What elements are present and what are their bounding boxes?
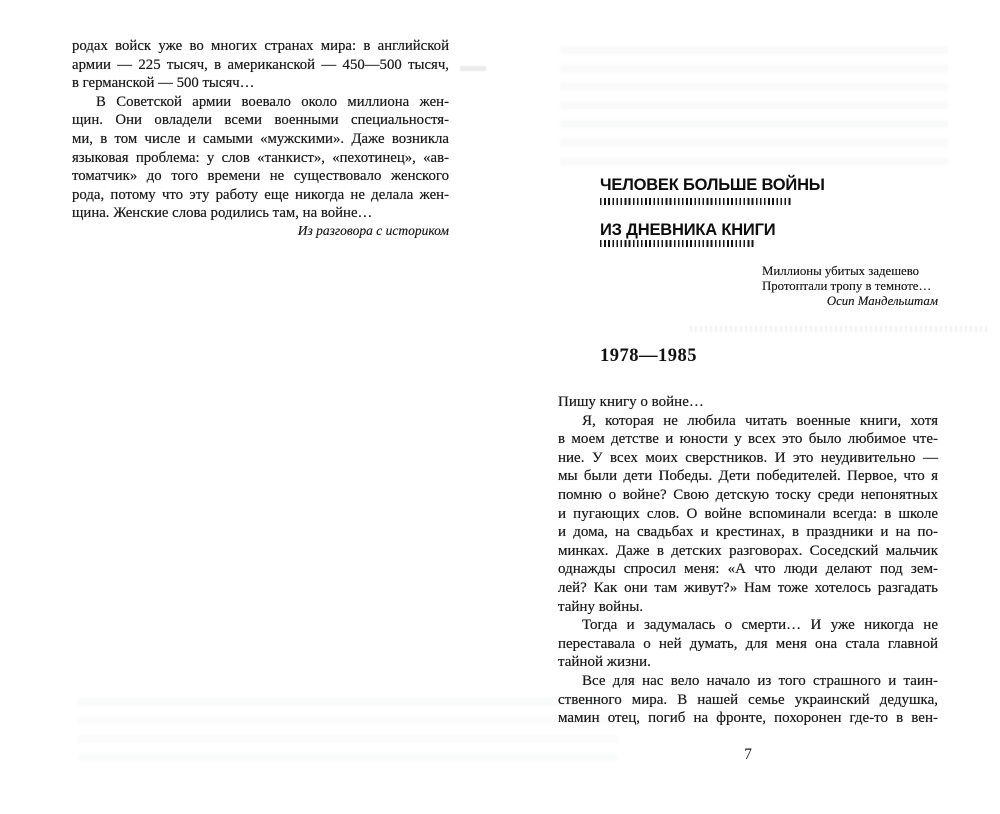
text-line: армии — 225 тысяч, в американской — 450—…: [72, 56, 449, 75]
paragraph: Я, которая не любила читать военные книг…: [558, 412, 938, 617]
text-line: и дома, на свадьбах и крестинах, в празд…: [558, 523, 938, 542]
paragraph: В Советской армии воевало около миллиона…: [72, 93, 449, 223]
epigraph-line: Протоптали тропу в темноте…: [762, 279, 938, 294]
paragraph: Пишу книгу о войне…: [558, 393, 938, 412]
epigraph: Миллионы убитых задешево Протоптали троп…: [762, 264, 938, 310]
text-line: Все для нас вело начало из того страшног…: [558, 672, 938, 691]
showthrough-rule: [690, 326, 990, 332]
showthrough-top-right: [560, 46, 948, 170]
text-line: Тогда и задумалась о смерти… И уже никог…: [558, 616, 938, 635]
paragraph: Тогда и задумалась о смерти… И уже никог…: [558, 616, 938, 672]
text-line: родах войск уже во многих странах мира: …: [72, 37, 449, 56]
text-line: однажды спросил меня: «А что люди делают…: [558, 560, 938, 579]
date-range: 1978—1985: [600, 346, 697, 367]
left-text-column: родах войск уже во многих странах мира: …: [72, 37, 449, 223]
text-line: языковая проблема: у слов «танкист», «пе…: [72, 149, 449, 168]
right-text-column: Пишу книгу о войне…Я, которая не любила …: [558, 393, 938, 728]
text-line: В Советской армии воевало около миллиона…: [72, 93, 449, 112]
text-line: лей? Как они там живут?» Нам тоже хотело…: [558, 579, 938, 598]
paragraph: Все для нас вело начало из того страшног…: [558, 672, 938, 728]
text-line: мамин отец, погиб на фронте, похоронен г…: [558, 709, 938, 728]
text-line: минках. Даже в детских разговорах. Сосед…: [558, 542, 938, 561]
page-number: 7: [558, 746, 938, 764]
book-spread: родах войск уже во многих странах мира: …: [0, 0, 1000, 814]
left-attribution: Из разговора с историком: [72, 223, 449, 239]
section-title: ИЗ ДНЕВНИКА КНИГИ: [600, 221, 775, 240]
text-line: тайну войны.: [558, 598, 938, 617]
text-line: тайной жизни.: [558, 653, 938, 672]
text-line: ственного мира. В нашей семье украинский…: [558, 691, 938, 710]
epigraph-attribution: Осип Мандельштам: [762, 294, 938, 309]
scan-artifact-dash: [460, 66, 486, 71]
text-line: щин. Они овладели всеми военными специал…: [72, 111, 449, 130]
text-line: переставала о ней думать, для меня она с…: [558, 635, 938, 654]
text-line: ние. У всех моих сверстников. И это неуд…: [558, 449, 938, 468]
text-line: щина. Женские слова родились там, на вой…: [72, 204, 449, 223]
chapter-title: ЧЕЛОВЕК БОЛЬШЕ ВОЙНЫ: [600, 176, 825, 195]
chapter-title-barcode-rule: [600, 198, 792, 205]
showthrough-bottom-left: [78, 698, 618, 768]
section-title-barcode-rule: [600, 240, 754, 247]
text-line: Пишу книгу о войне…: [558, 393, 938, 412]
text-line: томатчик» до того времени не существовал…: [72, 167, 449, 186]
text-line: помню о войне? Свою детскую тоску среди …: [558, 486, 938, 505]
text-line: в моем детстве и юности у всех это было …: [558, 430, 938, 449]
text-line: и пугающих слов. О войне вспоминали всег…: [558, 505, 938, 524]
text-line: в германской — 500 тысяч…: [72, 74, 449, 93]
epigraph-line: Миллионы убитых задешево: [762, 264, 938, 279]
text-line: Я, которая не любила читать военные книг…: [558, 412, 938, 431]
text-line: ми, в том числе и самыми «мужскими». Даж…: [72, 130, 449, 149]
paragraph: родах войск уже во многих странах мира: …: [72, 37, 449, 93]
text-line: рода, потому что эту работу еще никогда …: [72, 186, 449, 205]
text-line: мы были дети Победы. Дети победителей. П…: [558, 467, 938, 486]
